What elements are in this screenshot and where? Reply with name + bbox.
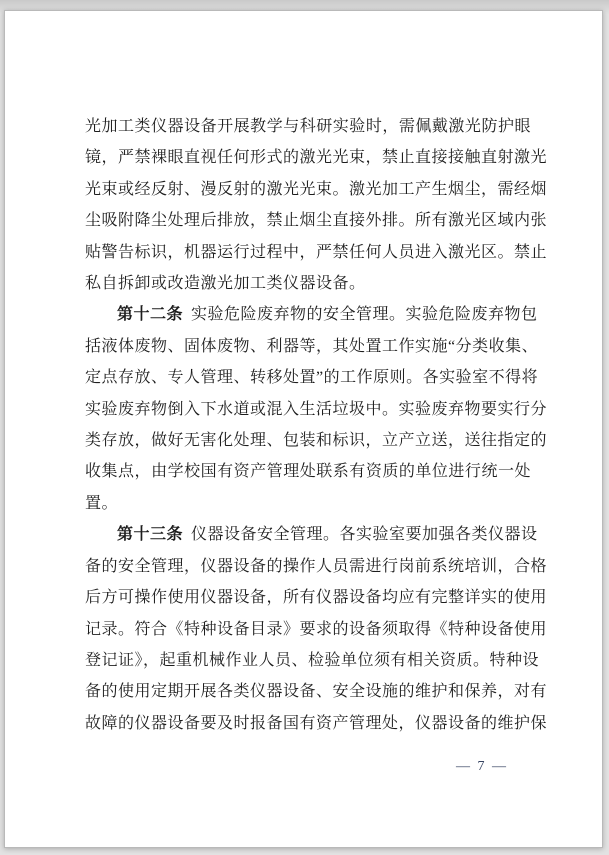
article-13-heading-line: 第十三条仪器设备安全管理。各实验室要加强各类仪器设 [85, 519, 531, 550]
text-line: 备的使用定期开展各类仪器设备、安全设施的维护和保养，对有 [85, 676, 531, 707]
text-line: 置。 [85, 488, 531, 519]
text-line: 登记证》，起重机械作业人员、检验单位须有相关资质。特种设 [85, 645, 531, 676]
text-line: 镜，严禁裸眼直视任何形式的激光光束，禁止直接接触直射激光 [85, 142, 531, 173]
text-line: 括液体废物、固体废物、利器等，其处置工作实施“分类收集、 [85, 331, 531, 362]
text-line: 实验废弃物倒入下水道或混入生活垃圾中。实验废弃物要实行分 [85, 394, 531, 425]
text-line: 备的安全管理，仪器设备的操作人员需进行岗前系统培训，合格 [85, 551, 531, 582]
article-12-title: 实验危险废弃物的安全管理。实验危险废弃物包 [191, 306, 538, 323]
text-line: 后方可操作使用仪器设备，所有仪器设备均应有完整详实的使用 [85, 582, 531, 613]
text-line: 私自拆卸或改造激光加工类仪器设备。 [85, 268, 531, 299]
text-line: 光加工类仪器设备开展教学与科研实验时，需佩戴激光防护眼 [85, 111, 531, 142]
article-13-title: 仪器设备安全管理。各实验室要加强各类仪器设 [191, 526, 538, 543]
text-line: 记录。符合《特种设备目录》要求的设备须取得《特种设备使用 [85, 614, 531, 645]
text-line: 收集点，由学校国有资产管理处联系有资质的单位进行统一处 [85, 456, 531, 487]
text-line: 贴警告标识，机器运行过程中，严禁任何人员进入激光区。禁止 [85, 237, 531, 268]
article-12-number: 第十二条 [117, 306, 183, 323]
text-line: 光束或经反射、漫反射的激光光束。激光加工产生烟尘，需经烟 [85, 174, 531, 205]
text-line: 类存放，做好无害化处理、包装和标识，立产立送，送往指定的 [85, 425, 531, 456]
body-text: 光加工类仪器设备开展教学与科研实验时，需佩戴激光防护眼 镜，严禁裸眼直视任何形式… [85, 111, 531, 739]
text-line: 故障的仪器设备要及时报备国有资产管理处，仪器设备的维护保 [85, 708, 531, 739]
text-line: 尘吸附降尘处理后排放，禁止烟尘直接外排。所有激光区域内张 [85, 205, 531, 236]
document-page: 光加工类仪器设备开展教学与科研实验时，需佩戴激光防护眼 镜，严禁裸眼直视任何形式… [4, 10, 603, 848]
page-number: — 7 — [456, 759, 508, 775]
text-line: 定点存放、专人管理、转移处置”的工作原则。各实验室不得将 [85, 362, 531, 393]
article-13-number: 第十三条 [117, 526, 183, 543]
article-12-heading-line: 第十二条实验危险废弃物的安全管理。实验危险废弃物包 [85, 299, 531, 330]
